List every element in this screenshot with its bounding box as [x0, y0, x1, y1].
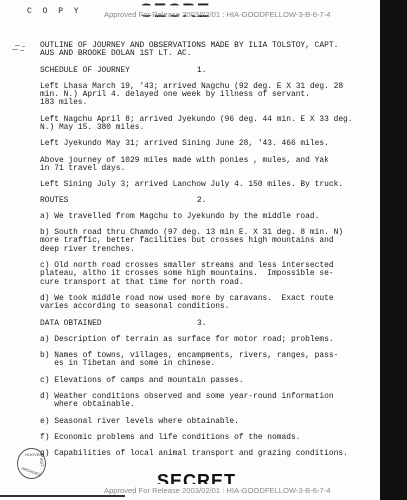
paragraph: b) Names of towns, villages, encampments…: [40, 352, 380, 369]
paragraph: d) Weather conditions observed and some …: [40, 393, 380, 410]
paragraph: d) We took middle road now used more by …: [40, 295, 380, 312]
release-stamp-top: Approved For Release 2003/02/01 : HIA-GO…: [104, 10, 331, 19]
paragraph: Above journey of 1029 miles made with po…: [40, 157, 380, 174]
paragraph: Left Jyekundo May 31; arrived Sining Jun…: [40, 140, 380, 148]
paragraph: f) Economic problems and life conditions…: [40, 434, 380, 442]
paragraph: g) Capabilities of local animal transpor…: [40, 450, 380, 458]
paragraph: a) We travelled from Magchu to Jyekundo …: [40, 213, 380, 221]
paragraph: a) Description of terrain as surface for…: [40, 336, 380, 344]
paragraph: c) Old north road crosses smaller stream…: [40, 262, 380, 287]
document-page: C O P Y SECRET Approved For Release 2003…: [0, 0, 380, 500]
scan-border: [380, 0, 407, 500]
paragraph: Left Nagchu April 8; arrived Jyekundo (9…: [40, 116, 380, 133]
section-heading-data-obtained: DATA OBTAINED3.: [40, 320, 380, 328]
paragraph: Left Lhasa March 19, '43; arrived Nagchu…: [40, 83, 380, 108]
document-title: OUTLINE OF JOURNEY AND OBSERVATIONS MADE…: [40, 42, 380, 59]
paragraph: e) Seasonal river levels where obtainabl…: [40, 418, 380, 426]
section-heading-routes: ROUTES2.: [40, 197, 380, 205]
section-heading-schedule: SCHEDULE OF JOURNEY1.: [40, 67, 380, 75]
classification-bottom: SECRET: [157, 470, 236, 484]
scan-edge-line: [0, 495, 125, 497]
release-stamp-bottom: Approved For Release 2003/02/01 : HIA-GO…: [104, 486, 331, 495]
margin-mark: [11, 44, 27, 52]
paragraph: c) Elevations of camps and mountain pass…: [40, 377, 380, 385]
copy-label: C O P Y: [27, 7, 82, 16]
document-body: OUTLINE OF JOURNEY AND OBSERVATIONS MADE…: [40, 42, 380, 459]
paragraph: b) South road thru Chamdo (97 deg. 13 mi…: [40, 229, 380, 254]
paragraph: Left Sining July 3; arrived Lanchow July…: [40, 181, 380, 189]
archive-stamp: HOOVER INST. ARCHIVES: [17, 448, 46, 479]
